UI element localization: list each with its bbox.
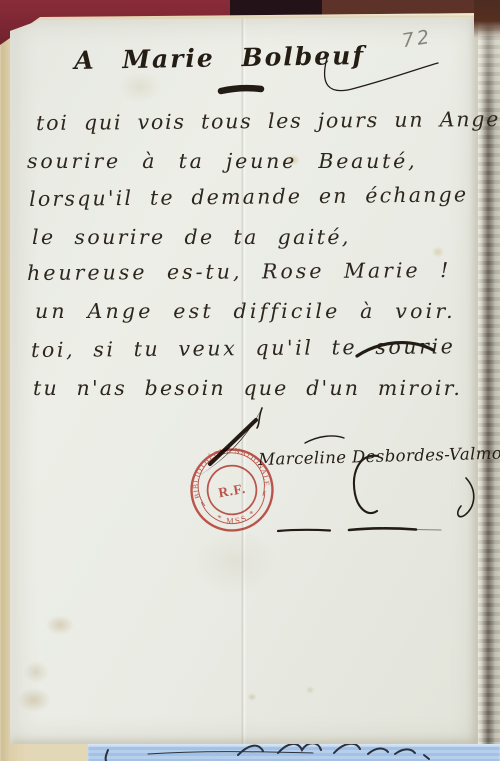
poem-line-1: toi qui vois tous les jours un Ange bbox=[36, 107, 500, 135]
binding-corner bbox=[474, 0, 500, 38]
dedication-title: A Marie Bolbeuf bbox=[74, 41, 365, 75]
manuscript-photo: 72 A Marie Bolbeuf toi qui vois tous les… bbox=[0, 0, 500, 761]
poem-line-3: lorsqu'il te demande en échange bbox=[29, 182, 468, 211]
blue-slip-edge bbox=[88, 744, 500, 761]
library-stamp: BIBLIOTHÈQUE NATIONALE * MSS * R.F. bbox=[186, 444, 278, 536]
slip-ink-marks bbox=[88, 744, 500, 761]
folio-number: 72 bbox=[400, 26, 433, 52]
poem-line-6: un Ange est difficile à voir. bbox=[35, 299, 456, 323]
poem-line-2: sourire à ta jeune Beauté, bbox=[27, 149, 417, 173]
poem-line-5: heureuse es-tu, Rose Marie ! bbox=[27, 258, 451, 285]
poem-line-4: le sourire de ta gaité, bbox=[32, 225, 351, 249]
poem-line-7: toi, si tu veux qu'il te sourie bbox=[31, 334, 456, 362]
poem-line-8: tu n'as besoin que d'un miroir. bbox=[33, 376, 462, 400]
stamp-center-text: R.F. bbox=[217, 481, 247, 501]
